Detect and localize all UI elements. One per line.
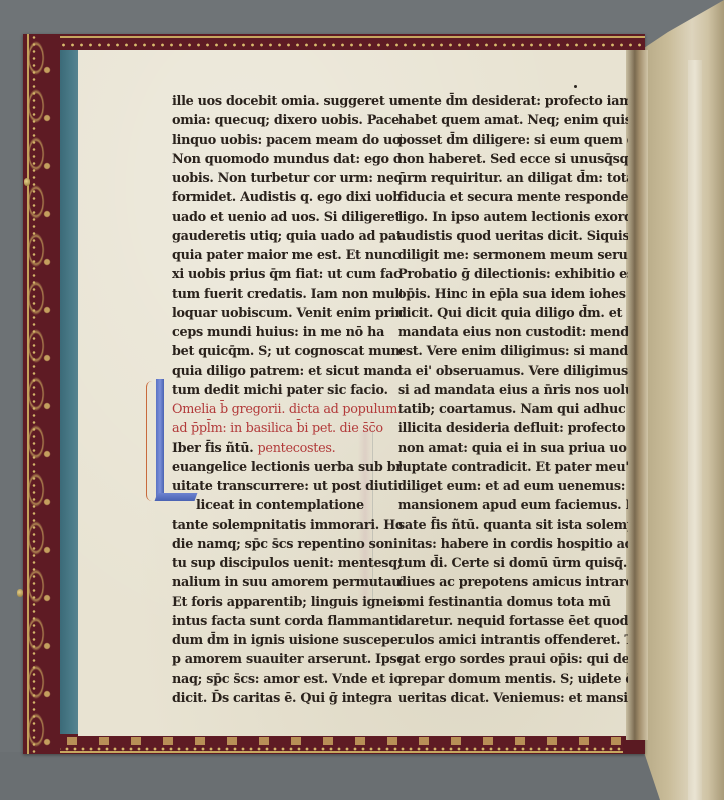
text-line: liceat in contemplatione [172,496,402,515]
clasp-pin-icon [17,589,23,597]
text-line: Probatio ḡ dilectionis: exhibitio est [398,265,628,284]
text-line: bet quicq̄m. S; ut cognoscat mund' [172,342,402,361]
text-line: diues ac prepotens amicus intraret: [398,573,628,592]
pricking-mark [574,85,577,88]
text-line: habet quem amat. Neq; enim quisq̄. [398,111,628,130]
gilt-border-left [23,34,60,754]
text-line: audistis quod ueritas dicit. Siquis [398,227,628,246]
text-line: mente d̄m desiderat: profecto iam [398,92,628,111]
clasp-pin-icon [24,178,30,186]
initial-stem [156,379,164,501]
text-line: loquar uobiscum. Venit enim prin [172,304,402,323]
text-line: uobis. Non turbetur cor urm: neq; [172,169,402,188]
text-line: ta ei' obseruamus. Vere diligimus: [398,362,628,381]
text-line: xi uobis prius q̄m fiat: ut cum fac [172,265,402,284]
text-line: diligit me: sermonem meum seruabit. [398,246,628,265]
rubric-line: Omelia b̄ gregorii. dicta ad populum. ha… [172,400,402,419]
text-line: omia: quecuq; dixero uobis. Pacem re [172,111,402,130]
text-line: posset d̄m diligere: si eum quem diliḡ [398,131,628,150]
text-line: Non quomodo mundus dat: ego do [172,150,402,169]
text-line: nalium in suu amorem permutauit. [172,573,402,592]
leaf-edge-strip [688,60,702,800]
background-bottom [0,752,724,800]
initial-foot [155,493,198,501]
text-line: Et foris apparentib; linguis igneis. [172,593,402,612]
text-line: quia pater maior me est. Et nunc di [172,246,402,265]
text-column-right: mente d̄m desiderat: profecto iam habet … [398,92,628,708]
text-line: intus facta sunt corda flammantia: qa [172,612,402,631]
text-line: tum dedit michi pater sic facio. [172,381,402,400]
text-line: tu sup discipulos uenit: mentesq; car [172,554,402,573]
text-line: culos amici intrantis offenderet. Ter [398,631,628,650]
text-line: ūrm requiritur. an diligat d̄m: tota [398,169,628,188]
text-line: ligo. In ipso autem lectionis exordio: [398,208,628,227]
text-column-left: ille uos docebit omia. suggeret uob omia… [172,92,402,708]
text-line: uitate transcurrere: ut post diutiu' [172,477,402,496]
text-line: ille uos docebit omia. suggeret uob [172,92,402,111]
text-line: tum fuerit credatis. Iam non multa: [172,285,402,304]
text-line: op̄is. Hinc in ep̄la sua idem iohes [398,285,628,304]
text-line: mandata eius non custodit: mendax [398,323,628,342]
text-line: linquo uobis: pacem meam do uobis. [172,131,402,150]
rubric-line: ad p̄pl̄m: in basilica b̄i pet. die s̄c̄… [172,419,402,438]
text-line: formidet. Audistis q. ego dixi uobis: [172,188,402,207]
text-line: naq; sp̄c s̄cs: amor est. Vnde et iohes [172,670,402,689]
text-line: die namq; sp̄c s̄cs repentino soni [172,535,402,554]
text-line: p amorem suauiter arserunt. Ipse [172,650,402,669]
text-line: quia diligo patrem: et sicut manda [172,362,402,381]
text-line: daretur. nequid fortasse ēet quod o [398,612,628,631]
blue-pastedown [60,50,80,734]
text-line: prepar domum mentis. S; uidete q̄d [398,670,628,689]
text-line: dum d̄m in ignis uisione susceperūt. [172,631,402,650]
text-line: euangelice lectionis uerba sub bre [172,458,402,477]
text-line: sate f̄is ñtū. quanta sit ista solemp [398,516,628,535]
text-line: ceps mundi huius: in me nō ha [172,323,402,342]
following-leaves [644,0,724,800]
text-line: est. Vere enim diligimus: si manda [398,342,628,361]
text-line: ueritas dicat. Veniemus: et mansionē [398,689,628,708]
text-line: non amat: quia ei in sua priua uo [398,439,628,458]
text-line: omi festinantia domus tota mū [398,593,628,612]
gilt-border-bottom [23,734,623,754]
text-line: gat ergo sordes praui op̄is: qui deo [398,650,628,669]
gutter [626,50,648,740]
text-line: luptate contradicit. Et pater meu' [398,458,628,477]
text-line: uado et uenio ad uos. Si diligeretis me [172,208,402,227]
text-line: dicit. D̄s caritas ē. Qui ḡ integra [172,689,402,708]
gilt-border-top [23,34,645,50]
text-line: mansionem apud eum faciemus. Pen [398,496,628,515]
text-line: dicit. Qui dicit quia diligo d̄m. et [398,304,628,323]
text-line: non haberet. Sed ecce si unusq̄sq; [398,150,628,169]
text-line: nitas: habere in cordis hospitio aduē [398,535,628,554]
text-line: illicita desideria defluit: profecto d̄m [398,419,628,438]
decorated-initial-L [152,379,198,505]
rubric-fragment: pentecostes. [258,441,336,456]
text-line: gauderetis utiq; quia uado ad patre: [172,227,402,246]
text-line: tum d̄i. Certe si domū ūrm quisq̄. [398,554,628,573]
text-line: fiducia et secura mente respondet. Di [398,188,628,207]
text-line: diliget eum: et ad eum uenemus: et [398,477,628,496]
text-line: si ad mandata eius a n̄ris nos uolup [398,381,628,400]
text-line: tante solempnitatis immorari. Ho [172,516,402,535]
mixed-rubric-line: Iber f̄is ñtū. pentecostes. [172,439,402,458]
text-line: tatib; coartamus. Nam qui adhuc p [398,400,628,419]
